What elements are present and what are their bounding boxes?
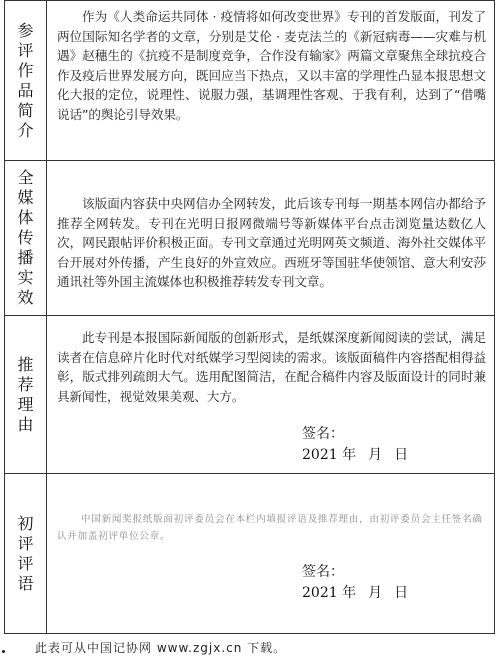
label-char: 评 <box>17 534 33 554</box>
label-char: 播 <box>17 248 33 268</box>
label-char: 体 <box>17 208 33 228</box>
signature-day: 日 <box>394 585 408 601</box>
signature-day: 日 <box>394 447 408 463</box>
label-char: 推 <box>17 355 33 375</box>
row-recommendation-reason: 推 荐 理 由 此专刊是本报国际新闻版的创新形式，是纸媒深度新闻阅读的尝试，满足… <box>5 316 494 474</box>
label-char: 由 <box>17 415 33 435</box>
label-char: 简 <box>17 101 33 121</box>
row-media-effect: 全 媒 体 传 播 实 效 该版面内容获中央网信办全网转发，此后该专刊每一期基本… <box>5 161 494 316</box>
footer-download-note: 此表可从中国记协网 www.zgjx.cn 下载。 <box>35 639 286 656</box>
signature-month: 月 <box>368 585 382 601</box>
signature-block: 签名： 2021 年月日 <box>302 562 420 604</box>
signature-year: 2021 年 <box>302 447 356 463</box>
label-char: 全 <box>17 168 33 188</box>
label-char: 介 <box>17 121 33 141</box>
row-initial-review-comments: 初 评 评 语 中国新闻奖报纸版面初评委员会在本栏内填报评语及推荐理由，由初评委… <box>5 474 494 634</box>
label-char: 理 <box>17 395 33 415</box>
content-recommendation-reason: 此专刊是本报国际新闻版的创新形式，是纸媒深度新闻阅读的尝试，满足读者在信息碎片化… <box>47 316 494 473</box>
label-recommendation-reason: 推 荐 理 由 <box>5 316 47 473</box>
label-char: 效 <box>17 288 33 308</box>
signature-label: 签名： <box>302 424 420 445</box>
signature-date: 2021 年月日 <box>302 445 420 466</box>
label-char: 评 <box>17 554 33 574</box>
label-char: 实 <box>17 268 33 288</box>
label-initial-review-comments: 初 评 评 语 <box>5 474 47 634</box>
content-work-introduction: 作为《人类命运共同体 · 疫情将如何改变世界》专刊的首发版面，刊发了两位国际知名… <box>47 1 494 160</box>
row-work-introduction: 参 评 作 品 简 介 作为《人类命运共同体 · 疫情将如何改变世界》专刊的首发… <box>5 1 494 161</box>
label-char: 初 <box>17 514 33 534</box>
media-effect-text: 该版面内容获中央网信办全网转发，此后该专刊每一期基本网信办都给予推荐全网转发。专… <box>57 194 486 292</box>
initial-review-instruction-text: 中国新闻奖报纸版面初评委员会在本栏内填报评语及推荐理由，由初评委员会主任签名确认… <box>57 511 486 545</box>
label-char: 语 <box>17 574 33 594</box>
signature-date: 2021 年月日 <box>302 583 420 604</box>
label-char: 作 <box>17 61 33 81</box>
signature-year: 2021 年 <box>302 585 356 601</box>
content-initial-review-comments: 中国新闻奖报纸版面初评委员会在本栏内填报评语及推荐理由，由初评委员会主任签名确认… <box>47 474 494 634</box>
work-introduction-text: 作为《人类命运共同体 · 疫情将如何改变世界》专刊的首发版面，刊发了两位国际知名… <box>57 7 486 124</box>
bullet-dot-icon <box>2 650 5 653</box>
label-char: 媒 <box>17 188 33 208</box>
evaluation-form-table: 参 评 作 品 简 介 作为《人类命运共同体 · 疫情将如何改变世界》专刊的首发… <box>4 0 495 634</box>
signature-month: 月 <box>368 447 382 463</box>
recommendation-reason-text: 此专刊是本报国际新闻版的创新形式，是纸媒深度新闻阅读的尝试，满足读者在信息碎片化… <box>57 328 486 406</box>
label-char: 传 <box>17 228 33 248</box>
label-media-effect: 全 媒 体 传 播 实 效 <box>5 161 47 315</box>
label-char: 评 <box>17 41 33 61</box>
content-media-effect: 该版面内容获中央网信办全网转发，此后该专刊每一期基本网信办都给予推荐全网转发。专… <box>47 161 494 315</box>
label-work-introduction: 参 评 作 品 简 介 <box>5 1 47 160</box>
signature-label: 签名： <box>302 562 420 583</box>
label-char: 品 <box>17 81 33 101</box>
label-char: 荐 <box>17 375 33 395</box>
signature-block: 签名： 2021 年月日 <box>302 424 420 466</box>
label-char: 参 <box>17 21 33 41</box>
